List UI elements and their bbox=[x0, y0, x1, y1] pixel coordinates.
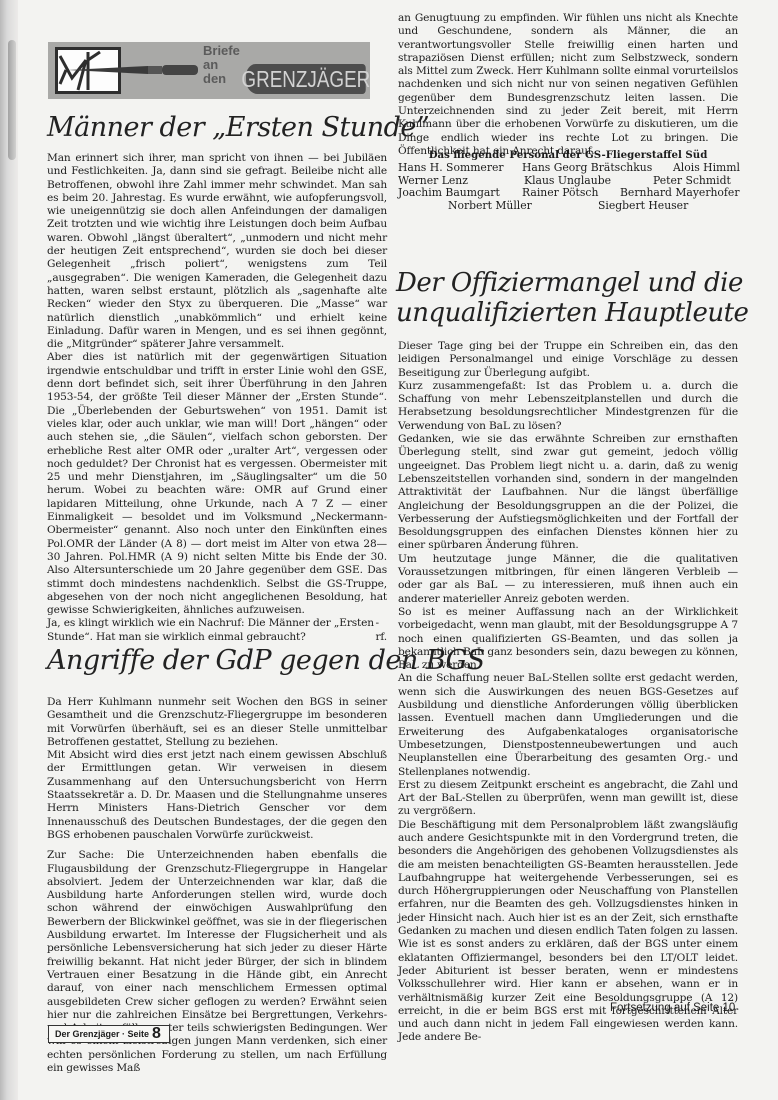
paragraph: So ist es meiner Auffassung nach an der … bbox=[398, 606, 738, 672]
signatory-name: Siegbert Heuser bbox=[598, 200, 688, 213]
paragraph: Aber dies ist natürlich mit der gegenwär… bbox=[47, 351, 387, 617]
article-title: Der Offiziermangel und die unqualifizier… bbox=[396, 268, 748, 328]
signatories-list: Hans H. Sommerer Hans Georg Brätschkus A… bbox=[398, 162, 738, 212]
binding-shadow bbox=[8, 40, 16, 160]
paragraph: Um heutzutage junge Männer, die die qual… bbox=[398, 553, 738, 606]
paragraph: Dieser Tage ging bei der Truppe ein Schr… bbox=[398, 340, 738, 380]
article-body: Man erinnert sich ihrer, man spricht von… bbox=[47, 152, 387, 644]
signatory-name: Joachim Baumgart bbox=[398, 187, 500, 200]
signatories-heading: Das fliegende Personal der GS-Fliegersta… bbox=[398, 149, 738, 161]
signatory-name: Rainer Pötsch bbox=[522, 187, 598, 200]
title-line-2: unqualifizierten Hauptleute bbox=[396, 298, 748, 328]
signatory-name: Hans H. Sommerer bbox=[398, 162, 504, 175]
pen-icon bbox=[68, 65, 198, 75]
page-number: 8 bbox=[152, 1025, 161, 1043]
paragraph: Man erinnert sich ihrer, man spricht von… bbox=[47, 152, 387, 351]
article-body: Dieser Tage ging bei der Truppe ein Schr… bbox=[398, 340, 738, 1045]
banner-line-1: Briefe bbox=[203, 44, 253, 58]
paragraph: Erst zu diesem Zeitpunkt erscheint es an… bbox=[398, 779, 738, 819]
article-body: Da Herr Kuhlmann nunmehr seit Wochen den… bbox=[47, 696, 387, 1075]
page-binding-edge bbox=[0, 0, 18, 1100]
paragraph: Gedanken, wie sie das erwähnte Schreiben… bbox=[398, 433, 738, 553]
paragraph: An die Schaffung neuer BaL-Stellen sollt… bbox=[398, 672, 738, 778]
signatory-name: Bernhard Mayerhofer bbox=[620, 187, 739, 200]
author-signature: -rf. bbox=[375, 617, 387, 644]
brand-logo: GRENZJÄGER bbox=[246, 64, 366, 94]
letters-to-grenzjaeger-banner: Briefe an den GRENZJÄGER bbox=[48, 42, 370, 99]
paragraph: Ja, es klingt wirklich wie ein Nachruf: … bbox=[47, 617, 375, 644]
paragraph: Da Herr Kuhlmann nunmehr seit Wochen den… bbox=[47, 696, 387, 749]
closing-line: Ja, es klingt wirklich wie ein Nachruf: … bbox=[47, 617, 387, 644]
continued-on-page-link: Fortsetzung auf Seite 10 bbox=[610, 1002, 735, 1014]
article-title: Männer der „Ersten Stunde” bbox=[47, 112, 429, 143]
page-footer: Der Grenzjäger · Seite 8 bbox=[48, 1025, 170, 1043]
signatory-name: Alois Himml bbox=[673, 162, 740, 175]
publication-name: Der Grenzjäger · Seite bbox=[55, 1029, 149, 1039]
title-line-1: Der Offiziermangel und die bbox=[396, 268, 743, 298]
paragraph: Mit Absicht wird dies erst jetzt nach ei… bbox=[47, 749, 387, 842]
article-continuation: an Genugtuung zu empfinden. Wir fühlen u… bbox=[398, 12, 738, 158]
signatory-name: Hans Georg Brätschkus bbox=[522, 162, 652, 175]
signatory-name: Norbert Müller bbox=[448, 200, 532, 213]
paragraph: an Genugtuung zu empfinden. Wir fühlen u… bbox=[398, 12, 738, 158]
paragraph: Kurz zusammengefaßt: Ist das Problem u. … bbox=[398, 380, 738, 433]
